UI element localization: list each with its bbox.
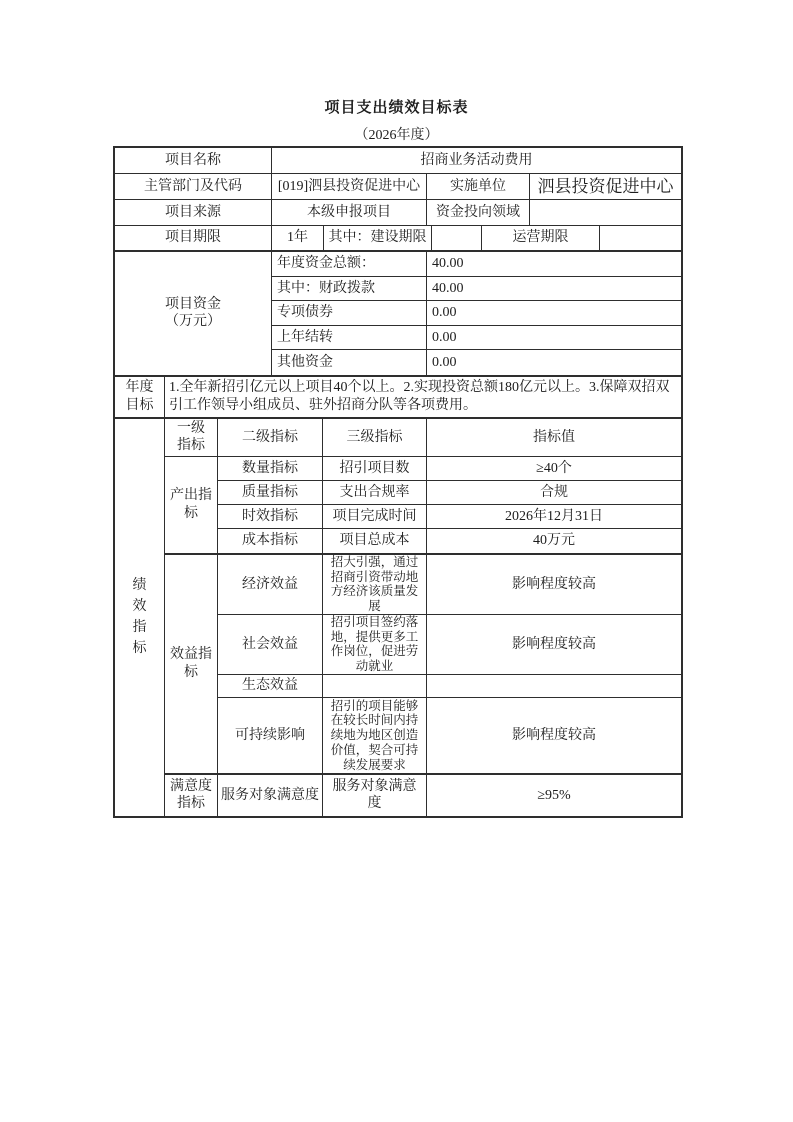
funding-total-label: 年度资金总额： (272, 252, 427, 276)
indicator-row-sustainable: 可持续影响 招引的项目能够在较长时间内持续地为地区创造价值，契合可持续发展要求 … (218, 698, 681, 773)
indicator-row-quantity: 数量指标 招引项目数 ≥40个 (218, 457, 681, 481)
indicators-body: 一级 指标 二级指标 三级指标 指标值 产出指 标 数量指标 招引项目数 ≥40… (165, 419, 681, 816)
indicator-value: 影响程度较高 (427, 698, 681, 773)
indicator-l2: 质量指标 (218, 481, 323, 504)
indicator-row-economic: 经济效益 招大引强，通过招商引资带动地方经济该质量发展 影响程度较高 (218, 555, 681, 615)
performance-target-table: 项目名称 招商业务活动费用 主管部门及代码 [019]泗县投资促进中心 实施单位… (113, 146, 683, 818)
header-l3: 三级指标 (323, 419, 427, 456)
row-annual-goal: 年度 目标 1.全年新招引亿元以上项目40个以上。2.实现投资总额180亿元以上… (115, 377, 681, 419)
indicator-l3: 招大引强，通过招商引资带动地方经济该质量发展 (323, 555, 427, 614)
indicator-l2: 服务对象满意度 (218, 775, 323, 816)
build-period-label: 其中：建设期限 (324, 226, 432, 250)
funding-row-carryover: 上年结转 0.00 (272, 326, 681, 351)
row-department: 主管部门及代码 [019]泗县投资促进中心 实施单位 泗县投资促进中心 (115, 174, 681, 200)
row-project-name: 项目名称 招商业务活动费用 (115, 148, 681, 174)
indicator-l2: 生态效益 (218, 675, 323, 697)
funding-label: 项目资金 （万元） (115, 252, 272, 375)
indicator-value: 合规 (427, 481, 681, 504)
indicator-l3: 服务对象满意度 (323, 775, 427, 816)
indicator-row-cost: 成本指标 项目总成本 40万元 (218, 529, 681, 553)
period-value: 1年 (272, 226, 324, 250)
impl-unit-label: 实施单位 (427, 174, 530, 199)
group-satisfaction: 满意度 指标 服务对象满意度 服务对象满意度 ≥95% (165, 775, 681, 816)
doc-subtitle: （2026年度） (0, 124, 793, 144)
group-benefit-rows: 经济效益 招大引强，通过招商引资带动地方经济该质量发展 影响程度较高 社会效益 … (218, 555, 681, 773)
section-funding: 项目资金 （万元） 年度资金总额： 40.00 其中：财政拨款 40.00 专项… (115, 252, 681, 377)
indicator-l2: 数量指标 (218, 457, 323, 480)
indicator-l3: 招引项目签约落地，提供更多工作岗位，促进劳动就业 (323, 615, 427, 674)
annual-goal-label: 年度 目标 (115, 377, 165, 417)
funding-row-other: 其他资金 0.00 (272, 350, 681, 375)
indicator-l2: 社会效益 (218, 615, 323, 674)
indicator-l3: 项目完成时间 (323, 505, 427, 528)
section-indicators: 绩 效 指 标 一级 指标 二级指标 三级指标 指标值 产出指 标 数量指标 招… (115, 419, 681, 816)
group-output-rows: 数量指标 招引项目数 ≥40个 质量指标 支出合规率 合规 时效指标 项目完成时… (218, 457, 681, 553)
funding-rows: 年度资金总额： 40.00 其中：财政拨款 40.00 专项债券 0.00 上年… (272, 252, 681, 375)
indicator-value: ≥95% (427, 775, 681, 816)
header-l2: 二级指标 (218, 419, 323, 456)
project-name-label: 项目名称 (115, 148, 272, 173)
fund-field-value (530, 200, 681, 225)
indicator-row-quality: 质量指标 支出合规率 合规 (218, 481, 681, 505)
period-label: 项目期限 (115, 226, 272, 250)
group-output-label: 产出指 标 (165, 457, 218, 553)
doc-title: 项目支出绩效目标表 (0, 96, 793, 117)
funding-fiscal-value: 40.00 (427, 277, 681, 301)
indicator-value: 2026年12月31日 (427, 505, 681, 528)
indicator-l3: 招引的项目能够在较长时间内持续地为地区创造价值，契合可持续发展要求 (323, 698, 427, 773)
group-benefit-label: 效益指 标 (165, 555, 218, 773)
header-value: 指标值 (427, 419, 681, 456)
indicator-l2: 经济效益 (218, 555, 323, 614)
impl-unit-value: 泗县投资促进中心 (530, 174, 681, 199)
indicators-header-row: 一级 指标 二级指标 三级指标 指标值 (165, 419, 681, 457)
funding-carryover-label: 上年结转 (272, 326, 427, 350)
dept-label: 主管部门及代码 (115, 174, 272, 199)
funding-row-total: 年度资金总额： 40.00 (272, 252, 681, 277)
indicator-l2: 时效指标 (218, 505, 323, 528)
header-l1: 一级 指标 (165, 419, 218, 456)
group-output: 产出指 标 数量指标 招引项目数 ≥40个 质量指标 支出合规率 合规 (165, 457, 681, 555)
source-value: 本级申报项目 (272, 200, 427, 225)
funding-carryover-value: 0.00 (427, 326, 681, 350)
funding-fiscal-label: 其中：财政拨款 (272, 277, 427, 301)
build-period-value (432, 226, 482, 250)
funding-bond-value: 0.00 (427, 301, 681, 325)
indicator-row-ecological: 生态效益 (218, 675, 681, 698)
fund-field-label: 资金投向领域 (427, 200, 530, 225)
document-page: 项目支出绩效目标表 （2026年度） 项目名称 招商业务活动费用 主管部门及代码… (0, 0, 793, 1122)
indicator-l3: 支出合规率 (323, 481, 427, 504)
indicator-l3 (323, 675, 427, 697)
group-satisfaction-label: 满意度 指标 (165, 775, 218, 816)
indicator-value (427, 675, 681, 697)
project-name-value: 招商业务活动费用 (272, 148, 681, 173)
indicator-l3: 项目总成本 (323, 529, 427, 553)
indicator-value: 影响程度较高 (427, 555, 681, 614)
row-period: 项目期限 1年 其中：建设期限 运营期限 (115, 226, 681, 252)
source-label: 项目来源 (115, 200, 272, 225)
indicator-value: 40万元 (427, 529, 681, 553)
indicator-l3: 招引项目数 (323, 457, 427, 480)
annual-goal-text: 1.全年新招引亿元以上项目40个以上。2.实现投资总额180亿元以上。3.保障双… (165, 377, 681, 417)
indicator-l2: 成本指标 (218, 529, 323, 553)
dept-code-value: [019]泗县投资促进中心 (272, 174, 427, 199)
row-source: 项目来源 本级申报项目 资金投向领域 (115, 200, 681, 226)
funding-total-value: 40.00 (427, 252, 681, 276)
funding-bond-label: 专项债券 (272, 301, 427, 325)
group-benefit: 效益指 标 经济效益 招大引强，通过招商引资带动地方经济该质量发展 影响程度较高… (165, 555, 681, 775)
indicator-row-timeliness: 时效指标 项目完成时间 2026年12月31日 (218, 505, 681, 529)
operate-period-value (600, 226, 681, 250)
funding-row-bond: 专项债券 0.00 (272, 301, 681, 326)
indicator-value: ≥40个 (427, 457, 681, 480)
funding-other-label: 其他资金 (272, 350, 427, 375)
funding-row-fiscal: 其中：财政拨款 40.00 (272, 277, 681, 302)
indicator-row-social: 社会效益 招引项目签约落地，提供更多工作岗位，促进劳动就业 影响程度较高 (218, 615, 681, 675)
indicators-side-label: 绩 效 指 标 (115, 419, 165, 816)
funding-other-value: 0.00 (427, 350, 681, 375)
operate-period-label: 运营期限 (482, 226, 600, 250)
indicator-value: 影响程度较高 (427, 615, 681, 674)
indicator-l2: 可持续影响 (218, 698, 323, 773)
